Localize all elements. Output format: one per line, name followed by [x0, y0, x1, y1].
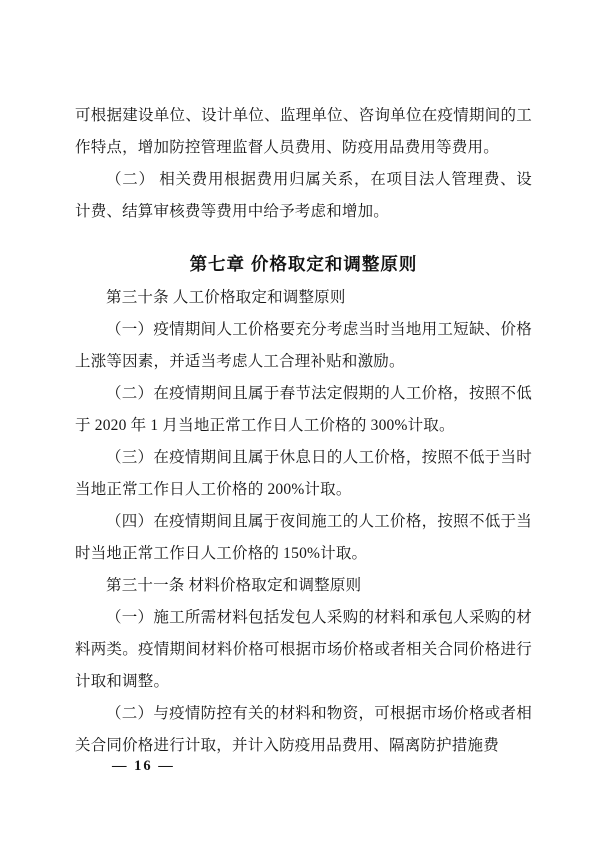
article-title: 第三十条 人工价格取定和调整原则	[75, 282, 532, 314]
paragraph: （三）在疫情期间且属于休息日的人工价格，按照不低于当时当地正常工作日人工价格的 …	[75, 442, 532, 506]
paragraph: （二）与疫情防控有关的材料和物资，可根据市场价格或者相关合同价格进行计取，并计入…	[75, 698, 532, 762]
document-page: 可根据建设单位、设计单位、监理单位、咨询单位在疫情期间的工作特点，增加防控管理监…	[0, 0, 605, 855]
paragraph: （二） 相关费用根据费用归属关系，在项目法人管理费、设计费、结算审核费等费用中给…	[75, 164, 532, 228]
paragraph: （一）施工所需材料包括发包人采购的材料和承包人采购的材料两类。疫情期间材料价格可…	[75, 602, 532, 698]
paragraph: （四）在疫情期间且属于夜间施工的人工价格，按照不低于当时当地正常工作日人工价格的…	[75, 506, 532, 570]
chapter-heading: 第七章 价格取定和调整原则	[75, 248, 532, 280]
page-content: 可根据建设单位、设计单位、监理单位、咨询单位在疫情期间的工作特点，增加防控管理监…	[75, 100, 532, 762]
article-title: 第三十一条 材料价格取定和调整原则	[75, 570, 532, 602]
paragraph: （二）在疫情期间且属于春节法定假期的人工价格，按照不低于 2020 年 1 月当…	[75, 378, 532, 442]
paragraph: （一）疫情期间人工价格要充分考虑当时当地用工短缺、价格上涨等因素，并适当考虑人工…	[75, 314, 532, 378]
page-number: — 16 —	[112, 758, 175, 775]
paragraph-continuation: 可根据建设单位、设计单位、监理单位、咨询单位在疫情期间的工作特点，增加防控管理监…	[75, 100, 532, 164]
